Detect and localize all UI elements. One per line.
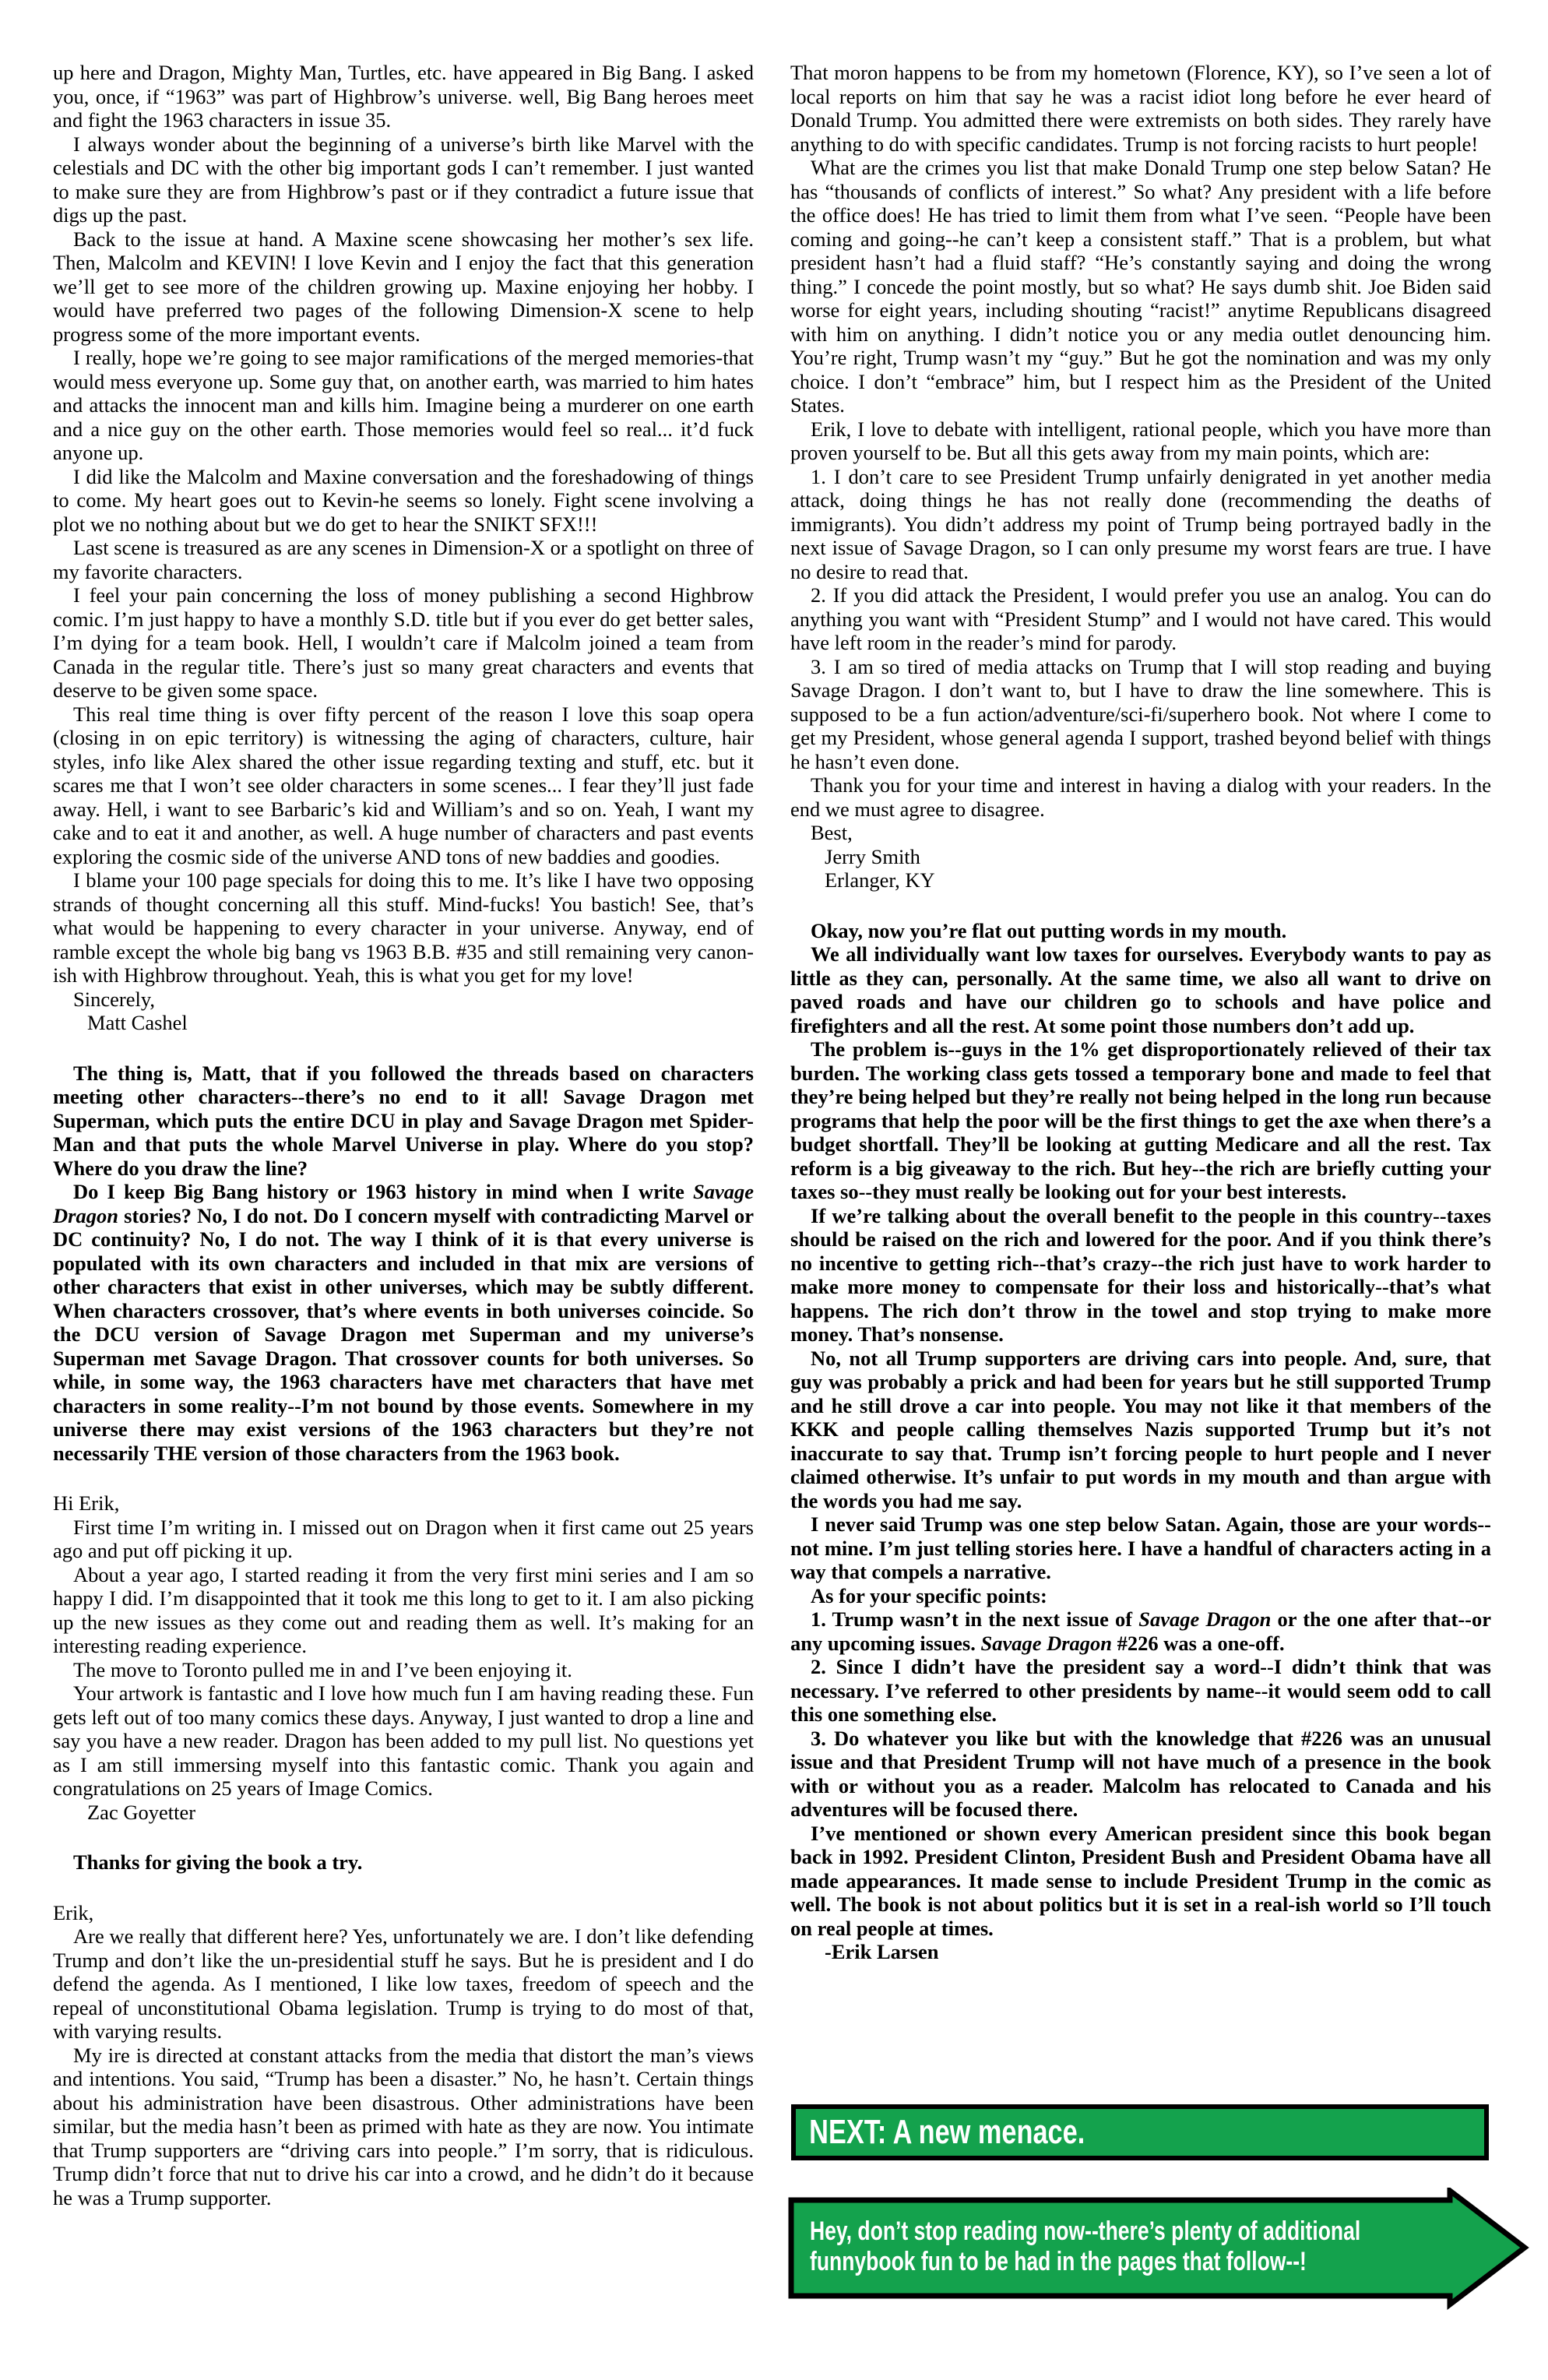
letter-paragraph: 1. I don’t care to see President Trump u… xyxy=(790,465,1491,584)
editor-reply-paragraph: Okay, now you’re flat out putting words … xyxy=(790,919,1491,943)
editor-reply-paragraph: 3. Do whatever you like but with the kno… xyxy=(790,1727,1491,1822)
letter-salutation: Erik, xyxy=(53,1901,754,1925)
letter-paragraph: Are we really that different here? Yes, … xyxy=(53,1924,754,2044)
letter-paragraph: Thank you for your time and interest in … xyxy=(790,773,1491,821)
letter-paragraph: 2. If you did attack the President, I wo… xyxy=(790,583,1491,655)
editor-reply-paragraph: I’ve mentioned or shown every American p… xyxy=(790,1822,1491,1941)
letter-paragraph: I did like the Malcolm and Maxine conver… xyxy=(53,465,754,537)
editor-reply-paragraph: The problem is--guys in the 1% get dispr… xyxy=(790,1037,1491,1204)
arrow-banner-line: Hey, don’t stop reading now--there’s ple… xyxy=(810,2216,1360,2247)
letter-paragraph: My ire is directed at constant attacks f… xyxy=(53,2044,754,2210)
letter-paragraph: This real time thing is over fifty perce… xyxy=(53,702,754,869)
letter-paragraph: I always wonder about the beginning of a… xyxy=(53,132,754,227)
letter-closing: Sincerely, xyxy=(53,988,754,1012)
letter-paragraph: Last scene is treasured as are any scene… xyxy=(53,536,754,583)
letter-closing: Best, xyxy=(790,821,1491,845)
letter-paragraph: First time I’m writing in. I missed out … xyxy=(53,1516,754,1563)
editor-reply-paragraph: As for your specific points: xyxy=(790,1584,1491,1608)
letter-paragraph: I really, hope we’re going to see major … xyxy=(53,346,754,465)
letter-signature: Matt Cashel xyxy=(53,1011,754,1035)
editor-reply-paragraph: 1. Trump wasn’t in the next issue of Sav… xyxy=(790,1607,1491,1655)
editor-reply-paragraph: Do I keep Big Bang history or 1963 histo… xyxy=(53,1180,754,1465)
arrow-banner-line: funnybook fun to be had in the pages tha… xyxy=(810,2247,1360,2277)
next-issue-banner-label: NEXT: A new menace. xyxy=(796,2113,1085,2152)
letter-paragraph: That moron happens to be from my hometow… xyxy=(790,61,1491,156)
editor-reply-paragraph: No, not all Trump supporters are driving… xyxy=(790,1347,1491,1513)
reply-text-segment: #226 was a one-off. xyxy=(1112,1632,1285,1655)
left-column: up here and Dragon, Mighty Man, Turtles,… xyxy=(53,61,754,2209)
letter-paragraph: I feel your pain concerning the loss of … xyxy=(53,583,754,702)
letter-paragraph: 3. I am so tired of media attacks on Tru… xyxy=(790,655,1491,774)
letters-page: { "colors": { "banner_green": "#14A24D",… xyxy=(0,0,1548,2380)
editor-signature: -Erik Larsen xyxy=(790,1940,1491,1964)
editor-reply-paragraph: Thanks for giving the book a try. xyxy=(53,1850,754,1875)
letter-signature-location: Erlanger, KY xyxy=(790,868,1491,892)
letter-signature: Jerry Smith xyxy=(790,845,1491,869)
editor-reply-paragraph: If we’re talking about the overall benef… xyxy=(790,1204,1491,1347)
editor-reply-paragraph: 2. Since I didn’t have the president say… xyxy=(790,1655,1491,1727)
reply-text-segment: 1. Trump wasn’t in the next issue of xyxy=(811,1607,1138,1631)
editor-reply-paragraph: The thing is, Matt, that if you followed… xyxy=(53,1061,754,1181)
editor-reply-paragraph: We all individually want low taxes for o… xyxy=(790,942,1491,1037)
next-issue-banner: NEXT: A new menace. xyxy=(791,2104,1489,2160)
arrow-banner-text: Hey, don’t stop reading now--there’s ple… xyxy=(810,2216,1360,2277)
letter-paragraph: The move to Toronto pulled me in and I’v… xyxy=(53,1658,754,1682)
letter-paragraph: Your artwork is fantastic and I love how… xyxy=(53,1681,754,1801)
right-column: That moron happens to be from my hometow… xyxy=(790,61,1491,1964)
letter-salutation: Hi Erik, xyxy=(53,1491,754,1516)
editor-reply-paragraph: I never said Trump was one step below Sa… xyxy=(790,1512,1491,1584)
letter-paragraph: Back to the issue at hand. A Maxine scen… xyxy=(53,227,754,347)
letter-paragraph: up here and Dragon, Mighty Man, Turtles,… xyxy=(53,61,754,132)
letter-paragraph: I blame your 100 page specials for doing… xyxy=(53,868,754,988)
letter-paragraph: Erik, I love to debate with intelligent,… xyxy=(790,417,1491,465)
series-title-italic: Savage Dragon xyxy=(980,1632,1112,1655)
letter-signature: Zac Goyetter xyxy=(53,1801,754,1825)
reply-text-segment: Do I keep Big Bang history or 1963 histo… xyxy=(73,1180,693,1203)
letter-paragraph: About a year ago, I started reading it f… xyxy=(53,1563,754,1658)
series-title-italic: Savage Dragon xyxy=(1138,1607,1271,1631)
letter-paragraph: What are the crimes you list that make D… xyxy=(790,156,1491,417)
reply-text-segment: stories? No, I do not. Do I concern myse… xyxy=(53,1204,754,1465)
